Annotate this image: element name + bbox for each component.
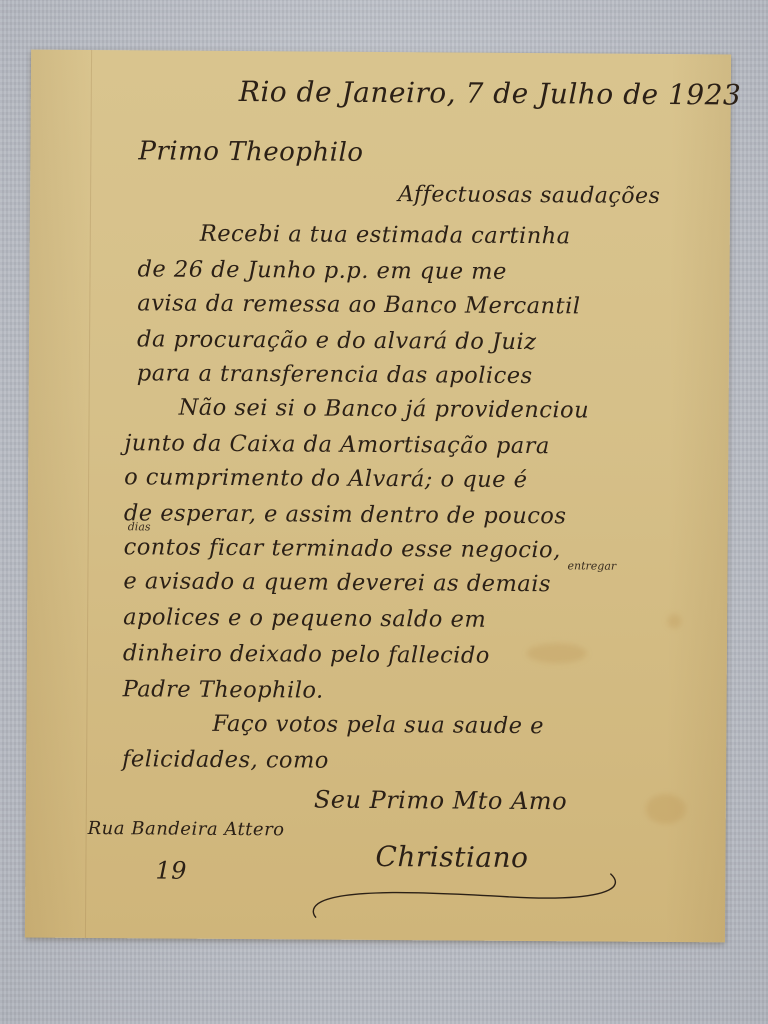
signature-name: Christiano [375,840,528,874]
paper-stain [667,614,681,628]
body-line: Não sei si o Banco já providenciou [179,395,590,424]
greeting: Affectuosas saudações [398,182,660,209]
body-line: junto da Caixa da Amortisação para [124,430,550,459]
signature-flourish-icon [310,870,630,922]
valediction: Seu Primo Mto Amo [314,786,567,816]
letter-paper: Rio de Janeiro, 7 de Julho de 1923 Primo… [25,50,731,943]
salutation: Primo Theophilo [138,136,363,168]
return-address-street: Rua Bandeira Attero [88,818,285,840]
body-line: o cumprimento do Alvará; o que é [124,464,527,493]
place-date: Rio de Janeiro, 7 de Julho de 1923 [239,75,742,112]
body-line: da procuração e do alvará do Juiz [137,326,537,355]
interlinear-note: dias [128,520,151,533]
body-line: para a transferencia das apolices [137,360,533,389]
paper-stain [646,794,686,824]
interlinear-note: entregar [567,559,616,572]
body-line: contos ficar terminado esse negocio, [124,534,561,563]
body-line: de 26 de Junho p.p. em que me [137,256,506,285]
body-line: avisa da remessa ao Banco Mercantil [137,290,580,319]
return-address-number: 19 [155,856,187,884]
body-line: Recebi a tua estimada cartinha [200,221,571,250]
body-line: e avisado a quem deverei as demais [123,568,551,597]
closing-line: felicidades, como [122,746,329,773]
body-line: apolices e o pequeno saldo em [123,604,486,633]
closing-line: Faço votos pela sua saude e [212,711,544,739]
body-line: Padre Theophilo. [123,676,324,703]
body-line: de esperar, e assim dentro de poucos [124,500,567,529]
body-line: dinheiro deixado pelo fallecido [123,640,490,669]
paper-stain [527,643,587,663]
